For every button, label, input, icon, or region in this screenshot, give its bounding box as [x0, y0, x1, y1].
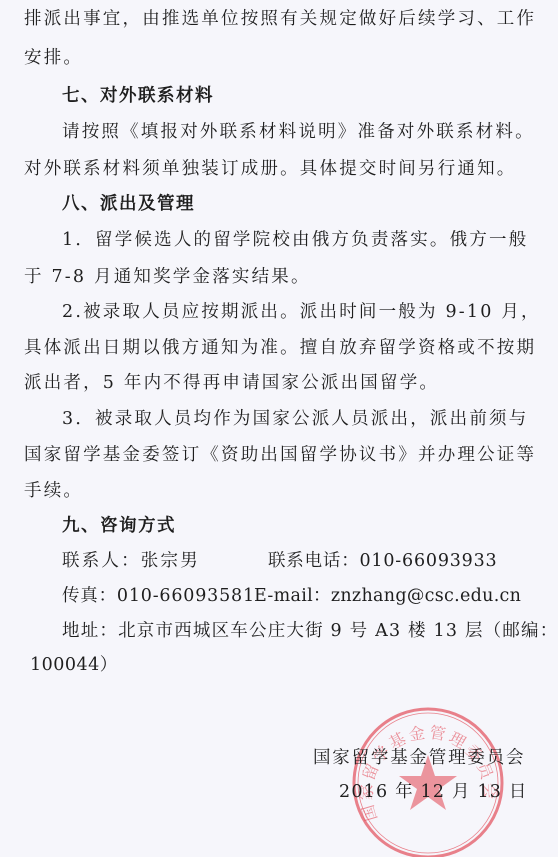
paragraph-line: 于 7-8 月通知奖学金落实结果。: [24, 266, 311, 288]
signature-date: 2016 年 12 月 13 日: [339, 781, 528, 803]
paragraph-line: 1．留学候选人的留学院校由俄方负责落实。俄方一般: [62, 229, 528, 251]
contact-address-postcode: 100044）: [30, 654, 118, 676]
contact-person: 联系人：张宗男: [62, 550, 200, 572]
document-page: 排派出事宜，由推选单位按照有关规定做好后续学习、工作 安排。 七、对外联系材料 …: [0, 0, 558, 857]
contact-phone: 联系电话：010-66093933: [268, 550, 498, 572]
signature-organization: 国家留学基金管理委员会: [313, 747, 525, 769]
paragraph-line: 安排。: [24, 47, 83, 69]
contact-address: 地址：北京市西城区车公庄大街 9 号 A3 楼 13 层（邮编：: [62, 620, 558, 642]
paragraph-line: 排派出事宜，由推选单位按照有关规定做好后续学习、工作: [24, 8, 536, 30]
contact-email: E-mail：znzhang@csc.edu.cn: [254, 585, 521, 607]
paragraph-line: 3．被录取人员均作为国家公派人员派出，派出前须与: [62, 408, 528, 430]
paragraph-line: 2.被录取人员应按期派出。派出时间一般为 9-10 月，: [62, 301, 541, 323]
section-heading-7: 七、对外联系材料: [62, 85, 214, 107]
paragraph-line: 国家留学基金委签订《资助出国留学协议书》并办理公证等: [24, 444, 536, 466]
section-heading-8: 八、派出及管理: [62, 193, 195, 215]
svg-text:国家留学基金管理委员会: 国家留学基金管理委员会: [357, 723, 500, 824]
paragraph-line: 具体派出日期以俄方通知为准。擅自放弃留学资格或不按期: [24, 337, 536, 359]
paragraph-line: 对外联系材料须单独装订成册。具体提交时间另行通知。: [24, 158, 517, 180]
paragraph-line: 派出者，5 年内不得再申请国家公派出国留学。: [24, 372, 439, 394]
paragraph-line: 手续。: [24, 480, 83, 502]
contact-fax: 传真：010-66093581: [62, 585, 255, 607]
section-heading-9: 九、咨询方式: [62, 515, 176, 537]
paragraph-line: 请按照《填报对外联系材料说明》准备对外联系材料。: [62, 121, 535, 143]
